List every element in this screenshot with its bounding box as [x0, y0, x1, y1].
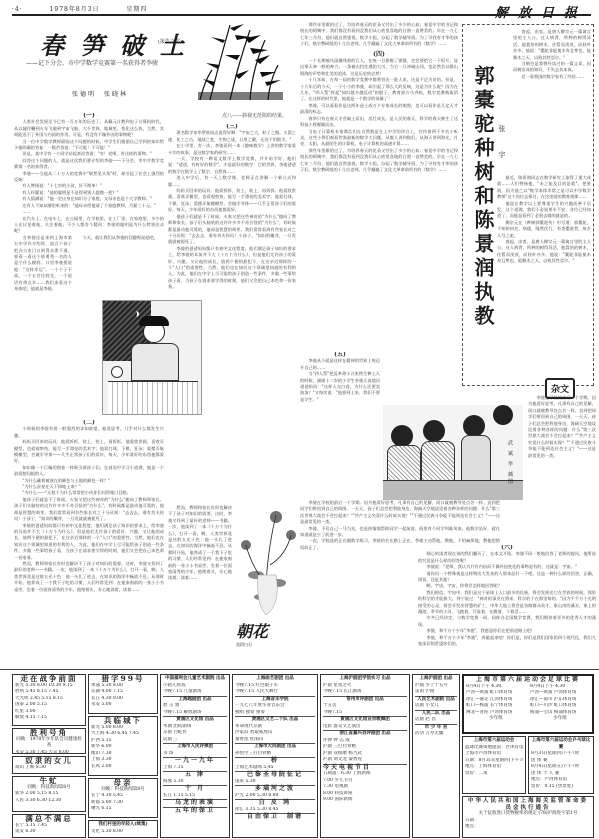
listing-theatre-column: 上海沪剧团 出品 沪剧 少上十五号 雷雨 沪剧 人民艺术剧院 出品 话剧 小女儿… — [412, 674, 460, 838]
listing-film: 胜利号角 同映：1978年少年队会员健康检查 永安 5.30 7.45 大众 8… — [12, 728, 86, 754]
commentary-title: 郭橐驼种树和陈景润执教 — [469, 65, 498, 329]
listing-title: 中国福利会儿童艺术剧院 出品 — [163, 676, 227, 683]
paragraph: 那些年里敢的过了，为培养春天的花朵又付出了多少的心血；春竟中学的书记和校长的阿姨… — [300, 148, 458, 174]
paragraph: 一天，学校有一种语文数学上数学竞赛，并开始学好，他们说："爸爸，有时好的数学"，… — [168, 156, 296, 175]
paragraph: 当"四人帮"把反革命小丑张铁生捧上天的时候，刚刚十二岁的小学生李骏天真地问爸爸妈… — [300, 371, 380, 403]
listing-title: 桥 — [235, 757, 315, 765]
listing-line: 永安 5.00 — [91, 702, 155, 709]
flower-artwork: 朝花 黑阴白石 — [236, 505, 296, 645]
listing-line: 解放 4.15 7.15 — [15, 715, 83, 722]
illustrator-credit: 武 斌 华 插图 — [507, 440, 514, 486]
listing-title: 上海市人民评弹团 — [163, 743, 227, 751]
paragraph: 小时候的李骏有着一般强烈的求知欲望。他爱思考，几乎对什么都发生兴趣。 — [14, 426, 164, 439]
paragraph: 李骏在学校的最后一个学期。因为他爱好思考，凡事有自己的见解，同口就被教导处点名一… — [528, 395, 596, 459]
paragraph: 当一位中学数学教师面临这个问题的时候，中学生们根据自己学到的知识给予他明确的答复… — [14, 139, 164, 152]
article-section-5: (五) 李骏从小就是这样在精神的世界上每迈开自己的…… 当"四人帮"把反革命小丑… — [300, 352, 380, 452]
listing-line: 地点： — [465, 824, 591, 831]
students-classroom-illustration — [383, 405, 523, 500]
listing-title: 乌龙的表演 — [163, 799, 227, 807]
listing-title: 多瑙河之波 — [235, 785, 315, 793]
listing-title: 我们村里的年轻人(续集) — [91, 822, 155, 829]
paragraph: 柳宗元在《种树郭橐驼传》中写道：郭橐驼，不知始何名，病偻，隆然伏行，有类橐驼者，… — [497, 220, 591, 239]
listing-title: 中华人民共和国上海海关监管革命委员会执行通告 — [465, 798, 591, 811]
paragraph: 他孩子们就是不了时候，火家又把这些神奇的"为什么"抛向了教师和家长。孩子们头脑装… — [14, 497, 164, 523]
listing-line: 延安 6.30 — [15, 829, 83, 836]
article-section-4: 那些年里敢的过了，为培养春天的花朵又付出了多少的心血；春竟中学的书记和校长的阿姨… — [300, 22, 458, 352]
paragraph: 我们相信，宇宙中，我们是这个星球上人口最多的民族，将会发挥出它在世界的时候，那里… — [418, 590, 596, 616]
listing-theatre-column: 中国福利会儿童艺术剧院 出品 小猪儿看戏 今晚7.15 儿童剧场 上海越剧团 出… — [160, 674, 230, 838]
paragraph: 李骏在学校的最后一个学期。因为他爱好思考，凡事有自己的见解，同口就被教导处点名一… — [300, 500, 500, 526]
listing-title: 奴隶的女儿 — [15, 758, 83, 765]
listing-title: 人民艺术剧院 出品 — [415, 696, 457, 704]
paragraph: 然而，教师和家长有时也解决不了孩子对知识的需要。这时，李骏又找到了最好的老师——… — [168, 505, 232, 582]
paragraph: 当电子计算机专家谭芯们在自然数是在上中学的讲台上，官传着两千多名小听众，这些小将… — [300, 129, 458, 148]
paragraph: 十几年前，在每一届的数学竞赛中都曾冒出一批人来，这是不足为奇的。但是，十几年后的… — [300, 77, 458, 103]
clock-icon — [111, 366, 123, 378]
paragraph: 春笋只有在春天才会破土而出，茁壮成长。是人民的春天，科学的春天催生了这科技小将脱… — [300, 116, 458, 129]
paragraph: 那些年里敢的过了，为培养春天的花朵又付出了多少的心血；春竟中学的书记和校长的阿姨… — [300, 22, 458, 48]
listing-line: 文化 5.30 8.00 — [91, 829, 155, 836]
listing-title: 上海沪剧团 出品 — [415, 676, 457, 683]
paragraph: 但是，某中学有一个同学站起来回答说："有！老师，有这样的事物。" — [14, 151, 164, 157]
commentary-box: 郭橐驼种树和陈景润执教 张 宇 查起，由衷，是唐人柳宗元一篇寓言里的主人公。这人… — [462, 24, 594, 386]
listing-film: 猎字99号 黄浦 5.30 8.00 东湖 4.00 7.15 长江 4.30 … — [88, 674, 158, 714]
listing-title: 黄浦区文化馆 出品 — [163, 716, 227, 724]
schedule-group: 少年组 — [466, 716, 526, 723]
listing-theatre-column: 上海沪剧团学馆实习 出品 沪剧 星星之火 今晚7.15 长江剧场 常州市评剧团 … — [320, 674, 410, 838]
chrysanthemum-illustration-icon — [236, 505, 296, 615]
paragraph: 一个长期被风雨摧残着的巨人，在统一旦挣脱了锁链，定会要把它一下扳开，显出那天神一… — [300, 58, 458, 77]
listing-title: 一九一九年 — [163, 757, 227, 765]
student-head-icon — [463, 415, 485, 437]
listing-title: 上海音乐学院 — [235, 696, 315, 704]
paragraph: 他孩子们就是不了时候，火家又把这些神奇的"为什么"抛向了教师和家长。孩子们头脑装… — [168, 214, 296, 246]
paragraph: 中共已经决定，与数学竞赛一同，同样办全国数学竞赛，我们期待着更多的优秀人才的涌现… — [418, 615, 596, 628]
commentary-author: 张 宇 — [497, 125, 507, 164]
listing-line: 票价：0.15 (售票处) — [531, 784, 591, 791]
article-byline: 张德明 张晓林 — [72, 89, 128, 98]
listing-title: 白 皮 鸿 — [235, 799, 315, 807]
article-subtitle: ——记下分会、市中学数学竞赛第一名获得者李骏 — [26, 58, 158, 67]
header-rule — [12, 14, 591, 16]
paragraph: 妈妈买回来的玩具：他爱拆拆，装上，装上，再拆拆。他爱欣赏画，喜欢弄模型，也爱观察… — [168, 188, 296, 214]
listing-title: 满总不满总 — [15, 816, 83, 823]
listing-title: 黄浦区文化馆业余歌舞团 — [323, 716, 407, 724]
listing-title: 上海市大同剧团 出品 — [235, 743, 315, 751]
listing-film: 走在战争前面 新光 5.30 8.00 10.30 9.15 胜利 5.45 8… — [12, 674, 86, 726]
artwork-signature: 朝花 — [236, 619, 296, 642]
listing-title: 自由保卫 制谱 — [235, 813, 315, 821]
listing-title: 十 月 — [163, 785, 227, 793]
paragraph: 著名数学家华罗庚同志说得好啊："宇宙之大，粒子之微，火箭之速，化工之巧，地球之变… — [168, 130, 296, 143]
listing-line: 长风 2.00 — [91, 764, 155, 771]
listing-title: 市 少 年 宫 — [415, 724, 457, 732]
listing-title: 巴黎圣母院征记 — [235, 771, 315, 779]
issue-date: 1978年8月3日 — [50, 6, 100, 13]
paragraph: 李骏，和千万个少年"李骏"，奔驰起来吧！你们是，你们是我们国家的四个现代化，我们… — [418, 635, 596, 648]
paragraph: 进入中学后，有一天上数学课，老师正在讲解一个新公式和题…… — [168, 175, 296, 188]
tv-listing-title: 今天电视节目 — [323, 764, 407, 772]
listing-film: 满总不满总 长宁 5.15 7.45 延安 6.30 — [12, 814, 86, 838]
paragraph: 在汽车上，在电车上，在公园里，在学校里，在工厂里，在家庭里，多少的人在议论着他，… — [14, 216, 164, 235]
listing-film: 奴隶的女儿 嵩山 上映 8.30 — [12, 756, 86, 774]
student-head-icon — [493, 405, 513, 425]
paragraph: 李骏说："老师，我认为只有内因而不偶外因变化的事物是有的，这就是：宇宙。" — [418, 564, 596, 570]
commentary-text-bottom: 最近，陈景润同志在数学研究上取得了重大成就……人们赞扬他，"未之能及目的是就"，… — [497, 175, 591, 375]
issue-weekday: 星期四 — [126, 6, 147, 13]
official-notice: 中华人民共和国上海海关监管革命委员会执行通告 关于征收进口货物税率的规定 (78… — [462, 796, 594, 838]
newspaper-masthead: 解放日报 — [495, 2, 587, 21]
listing-film: 兵临城下 新光 5.00 8.00 大上海 4.30 6.45 7.45 沪西 … — [88, 716, 158, 776]
listing-film: 我们村里的年轻人(续集) 文化 5.30 8.00 — [88, 820, 158, 838]
commentary-text-top: 查起，由衷，是唐人柳宗元一篇寓言里的主人公。这人病背，所种的树得异活，他栽培的树… — [513, 29, 591, 179]
article-section-2: (二) 小时候的李骏有着一般强烈的求知欲望。他爱思考，几乎对什么都发生兴趣。 妈… — [14, 420, 164, 650]
article-genre-tag: (报告文学) — [158, 38, 182, 45]
paragraph: 在小学里，有一次，李骏看到一本《趣味数学》上讲的数学家爱卡尔的故事，是这数学家的… — [168, 143, 296, 156]
listings-section: 走在战争前面 新光 5.30 8.00 10.30 9.15 胜利 5.45 8… — [0, 669, 599, 839]
paragraph: 然而，教师和家长有时也解决不了孩子对知识的需要。这时，李骏又找到了最好的老师——… — [14, 561, 164, 593]
paragraph: 李骏，可以看看作是这两年造士成万个专家成长的缩照，也可以看作是几亿天才最清的标志… — [300, 103, 458, 116]
paragraph: 李骏——当他从二十万人的竞赛中"崭然见头角"时，却引起了社会上强烈的反响： — [14, 171, 164, 184]
listing-title: 走在战争前面 — [15, 676, 83, 683]
listing-title: 上海市第六届运动会乒乓球比赛 — [531, 738, 591, 751]
section-5-right-column: 李骏在学校的最后一个学期。因为他爱好思考，凡事有自己的见解，同口就被教导处点名一… — [528, 395, 596, 515]
paragraph: 回答这个问题的人，就是这次我们要介绍的李骏——下分会、市中学数学竞赛第一名的获得… — [14, 158, 164, 171]
paragraph: 知识像一个巨幅的图卷一样吸引着孩子们。在谜语中学习小道理，他是一个最爱刨问根的人… — [14, 465, 164, 478]
paragraph: 李骏的爸爸妈妈都只有初中文化程度，他们满足孩子知识的要求上，给李骏的耳前并不大《… — [14, 523, 164, 561]
article-section-3-continued: 然而，教师和家长有时也解决不了孩子对知识的需要。这时，李骏又找到了最好的老师——… — [168, 505, 232, 665]
bamboo-illustration-icon — [190, 20, 290, 100]
paragraph: 李骏，不仅自己一马当先，也是热情地帮助同学一起前进。班里有个同学叫陈凤南，他数学… — [300, 526, 500, 539]
listing-film: 母亲 同映：科技新闻第8号 长宁 4.30 5.45 新都 5.00 7.30 … — [88, 778, 158, 818]
paragraph: 有人猜测说："他一定出身在知识分子家庭，父母亲也是个大学教师。" — [14, 196, 164, 202]
paragraph: 李骏的爸爸妈妈都只有初中文化程度，他们满足孩子知识的要求上，给李骏的耳前并不大《… — [168, 246, 296, 291]
sports-notice: 上海市第六届运动会 篮球比赛场地提前：区体育馆 上海市卢湾体育馆 日期：8月3日… — [462, 736, 526, 794]
table-tennis-notice: 上海市第六届运动会乒乓球比赛 8月3日(星期四)下午7时 团 体 赛 8月4日(… — [528, 736, 594, 794]
paragraph: 近一看我国的数学家有了经验…… — [513, 74, 591, 80]
moon-icon — [133, 311, 139, 317]
boy-hair-icon — [139, 316, 169, 326]
listing-line: 曙光 6.15 — [91, 806, 155, 813]
paragraph: 请你问一个特殊观是这样物出大发来的人那来品什一下吧。这是一种什么样的回答，正确，… — [418, 571, 596, 584]
paragraph: 李骏从小就是这样在精神的世界上每迈开自己的…… — [300, 358, 380, 371]
paragraph: 还有人不知从哪里听来的："他母亲给他请了个家庭教师，月薪三十元。" — [14, 203, 164, 209]
paragraph: 细心的读者现在该的我们翻开了，在本文开始，李骏不同一般地回答了老师的提问，他所说… — [418, 551, 596, 564]
article-section-3: (三) 著名数学家华罗庚同志说得好啊："宇宙之大，粒子之微，火箭之速，化工之巧，… — [168, 124, 296, 504]
desk-icon — [383, 480, 523, 500]
paragraph: 最近，陈景润同志在数学研究上取得了重大成就……人们赞扬他，"未之能及目的是就"，… — [497, 175, 591, 201]
artwork-caption: 黑阴白石 — [236, 642, 296, 648]
listing-title: 上海越剧团 出品 — [163, 696, 227, 704]
listing-line: 票价：二角 — [465, 771, 523, 778]
listing-title: 黄浦区文艺二十队 出品 — [235, 716, 315, 724]
article-section-6: (六) 细心的读者现在该的我们翻开了，在本文开始，李骏不同一般地回答了老师的提问… — [418, 545, 596, 665]
listing-film: 牛虻 同映：科技新闻第8号 新华 2.00 5.15 8.15 人民 3.30 … — [12, 776, 86, 812]
listing-subtitle: 同映：1978年少年队会员健康检查 — [15, 737, 83, 750]
illustration-caption: 点八——斜视无范阻的结果。 — [222, 112, 287, 119]
listing-line: 永安 5.30 7.45 大众 8.00 — [15, 750, 83, 755]
listing-title: 常州市评剧团 出品 — [323, 696, 407, 704]
listing-theatre-column: 上海曲艺剧团 出品 今晚7.15 红色娘子军 今晚7.15 人民大舞台 上海音乐… — [232, 674, 318, 838]
page-header: ·4· 1978年8月3日 星期四 — [12, 4, 171, 13]
listing-line: 嵩山 上映 8.30 — [15, 765, 83, 772]
football-schedule-box: 上海市第六届运动会足球比赛 8月4日下午 4.30 卢湾—黄浦 虹口体育场 徐汇… — [462, 674, 594, 734]
paragraph: 人类社会发展至今已有一百万年的历史了。从藏元计教到电子计算机时代，从以燧作鞭到火… — [14, 119, 164, 138]
listing-title: 五年的保卫 — [163, 807, 227, 815]
listing-line: 活动 万寿无疆 — [415, 731, 457, 738]
listing-line: 人民 3.30 6.30 12.30 — [15, 798, 83, 805]
student-head-icon — [423, 420, 445, 442]
listing-subtitle: 关于征收进口货物税率的规定 (78)沪海进字第1号 — [465, 811, 591, 818]
paragraph: 查起，由衷，是唐人柳宗元一篇寓言里的主人公。这人病背，所种的树得异活，他栽培的树… — [497, 239, 591, 265]
paragraph: 妈妈买回来的玩具：他爱拆拆，装上，装上，再拆拆。他爱欣赏画，喜欢弄模型，也爱观察… — [14, 439, 164, 465]
listing-line: 9.00 国际新闻 — [323, 797, 407, 804]
paragraph: 他说在教学以上要尊重学生的兴趣而善于启发，这个道理，我们不必说要专不安，各位已经… — [497, 201, 591, 220]
paragraph: 查起，由衷，是唐人柳宗元一篇寓言里的主人公。这人病背，所种的树得异活，他栽培的树… — [513, 29, 591, 61]
schedule-group: 少年组 — [530, 716, 590, 723]
paragraph: 当李骏还是来到上海市第五中学作介绍时，流言个孩子把办公室门口围得水泄不通。要看一… — [14, 235, 72, 293]
student-head-icon — [391, 425, 413, 447]
page-number: ·4· — [12, 6, 23, 13]
listing-title: 浙江省嘉兴县评剧团 出品 — [323, 730, 407, 738]
listing-title: 五 津 — [163, 771, 227, 779]
paragraph: 当朝会是我曾经读过的一篇文章，因而树而成的知识，不失去其本真。 — [513, 61, 591, 74]
listing-title: 人民二队 出品 — [415, 710, 457, 718]
